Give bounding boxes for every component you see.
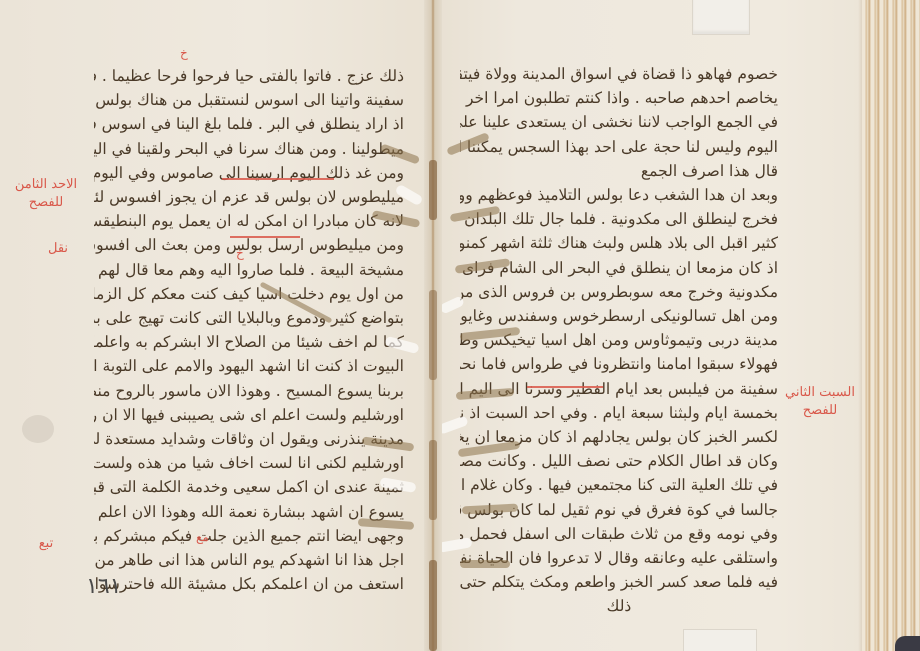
text-line: ذلك	[460, 594, 778, 618]
book-cover-corner	[895, 636, 920, 651]
rubric-underline	[222, 178, 334, 180]
rubric-mark: خ	[236, 246, 244, 260]
gutter-damage	[429, 560, 437, 651]
text-line: سفينة واتينا الى اسوس لنستقبل من هناك بو…	[94, 88, 404, 112]
margin-note-follows: تبع	[30, 535, 62, 553]
text-line: بربنا يسوع المسيح . وهوذا الان ماسور بال…	[94, 379, 404, 403]
text-line: وبعد ان هدا الشغب دعا بولس التلاميذ فوعظ…	[460, 183, 778, 207]
text-line: مكدونية وخرج معه سوبطروس بن فروس الذى من…	[460, 280, 778, 304]
text-line: قال هذا اصرف الجمع	[460, 159, 778, 183]
text-line: مدينة ينذرنى ويقول ان وثاقات وشدايد مستع…	[94, 427, 404, 451]
margin-note-saturday: السبت الثاني للفصح	[784, 384, 856, 420]
text-line: كثير اقبل الى بلاد هلس ولبث هناك ثلثة اش…	[460, 231, 778, 255]
text-line: من اول يوم دخلت اسيا كيف كنت معكم كل الز…	[94, 282, 404, 306]
text-line: ثمينة عندى ان اكمل سعيى وخدمة الكلمة الت…	[94, 475, 404, 499]
gutter-damage	[429, 160, 437, 220]
text-line: في تلك العلية التى كنا مجتمعين فيها . وك…	[460, 473, 778, 497]
text-line: وفي نومه وقع من ثلاث طبقات الى اسفل فحمل…	[460, 522, 778, 546]
rubric-underline	[527, 386, 603, 388]
text-line: ذلك عزج . فاتوا بالفتى حيا فرحوا فرحا عظ…	[94, 64, 404, 88]
folio-number: ١٦١	[86, 574, 121, 599]
rubric-mark: خ	[180, 46, 188, 60]
right-page-text: خصوم فهاهو ذا قضاة في اسواق المدينة وولا…	[460, 62, 778, 619]
left-page-text: ذلك عزج . فاتوا بالفتى حيا فرحوا فرحا عظ…	[94, 64, 404, 596]
text-line: فهولاء سبقوا امامنا وانتظرونا في طرواس ف…	[460, 352, 778, 376]
text-line: وكان قد اطال الكلام حتى نصف الليل . وكان…	[460, 449, 778, 473]
rubric-mark: مع	[196, 530, 209, 544]
text-line: اليوم وليس لنا حجة على احد بهذا السجس يم…	[460, 135, 778, 159]
text-line: مشيخة البيعة . فلما صاروا اليه وهم معا ق…	[94, 258, 404, 282]
text-line: فيه فلما صعد كسر الخبز واطعم ومكث يتكلم …	[460, 570, 778, 594]
text-line: استعف من ان اعلمكم بكل مشيئة الله فاحترس…	[94, 572, 404, 596]
open-manuscript: ذلك عزج . فاتوا بالفتى حيا فرحوا فرحا عظ…	[0, 0, 920, 651]
page-smudge	[22, 415, 54, 443]
text-line: ميطولينا . ومن هناك سرنا في البحر ولقينا…	[94, 137, 404, 161]
margin-note-transfer: نقل	[38, 240, 78, 258]
text-line: فخرج لينطلق الى مكدونية . فلما جال تلك ا…	[460, 207, 778, 231]
margin-note-sunday: الاحد الثامن للفصح	[14, 176, 78, 212]
fore-edge-leaves	[862, 0, 920, 651]
text-line: يخاصم احدهم صاحبه . واذا كنتم تطلبون امر…	[460, 86, 778, 110]
text-line: اورشليم ولست اعلم اى شى يصيبنى فيها الا …	[94, 403, 404, 427]
text-line: البيوت اذ كنت انا اشهد اليهود والامم على…	[94, 354, 404, 378]
text-line: ومن اهل تسالونيكى ارسطرخوس وسفندس وغايوس…	[460, 304, 778, 328]
text-line: اجل هذا انا اشهدكم يوم الناس هذا انى طاه…	[94, 548, 404, 572]
text-line: لانه كان مبادرا ان امكن له ان يعمل يوم ا…	[94, 209, 404, 233]
paper-tab-top-icon	[692, 0, 750, 35]
text-line: ومن غد ذلك اليوم ارسينا الى صاموس وفي ال…	[94, 161, 404, 185]
text-line: وجهى ايضا انتم جميع الذين جلت فيكم مبشرك…	[94, 524, 404, 548]
text-line: كما لم اخف شيئا من الصلاح الا ابشركم به …	[94, 330, 404, 354]
text-line: اذ اراد ينطلق في البر . فلما بلغ الينا ف…	[94, 112, 404, 136]
text-line: في الجمع الواجب لاننا نخشى ان يستعدى علي…	[460, 110, 778, 134]
text-line: بخمسة ايام ولبثنا سبعة ايام . وفي احد ال…	[460, 401, 778, 425]
text-line: ميليطوس لان بولس قد عزم ان يجوز افسوس لئ…	[94, 185, 404, 209]
text-line: خصوم فهاهو ذا قضاة في اسواق المدينة وولا…	[460, 62, 778, 86]
paper-tab-bottom-icon	[683, 629, 757, 651]
rubric-underline	[230, 236, 300, 238]
text-line: اورشليم لكنى انا لست اخاف شيا من هذه ولس…	[94, 451, 404, 475]
text-line: بتواضع كثير ودموع وبالبلايا التى كانت ته…	[94, 306, 404, 330]
gutter-damage	[429, 440, 437, 520]
gutter-damage	[429, 290, 437, 380]
water-stain	[460, 560, 510, 568]
